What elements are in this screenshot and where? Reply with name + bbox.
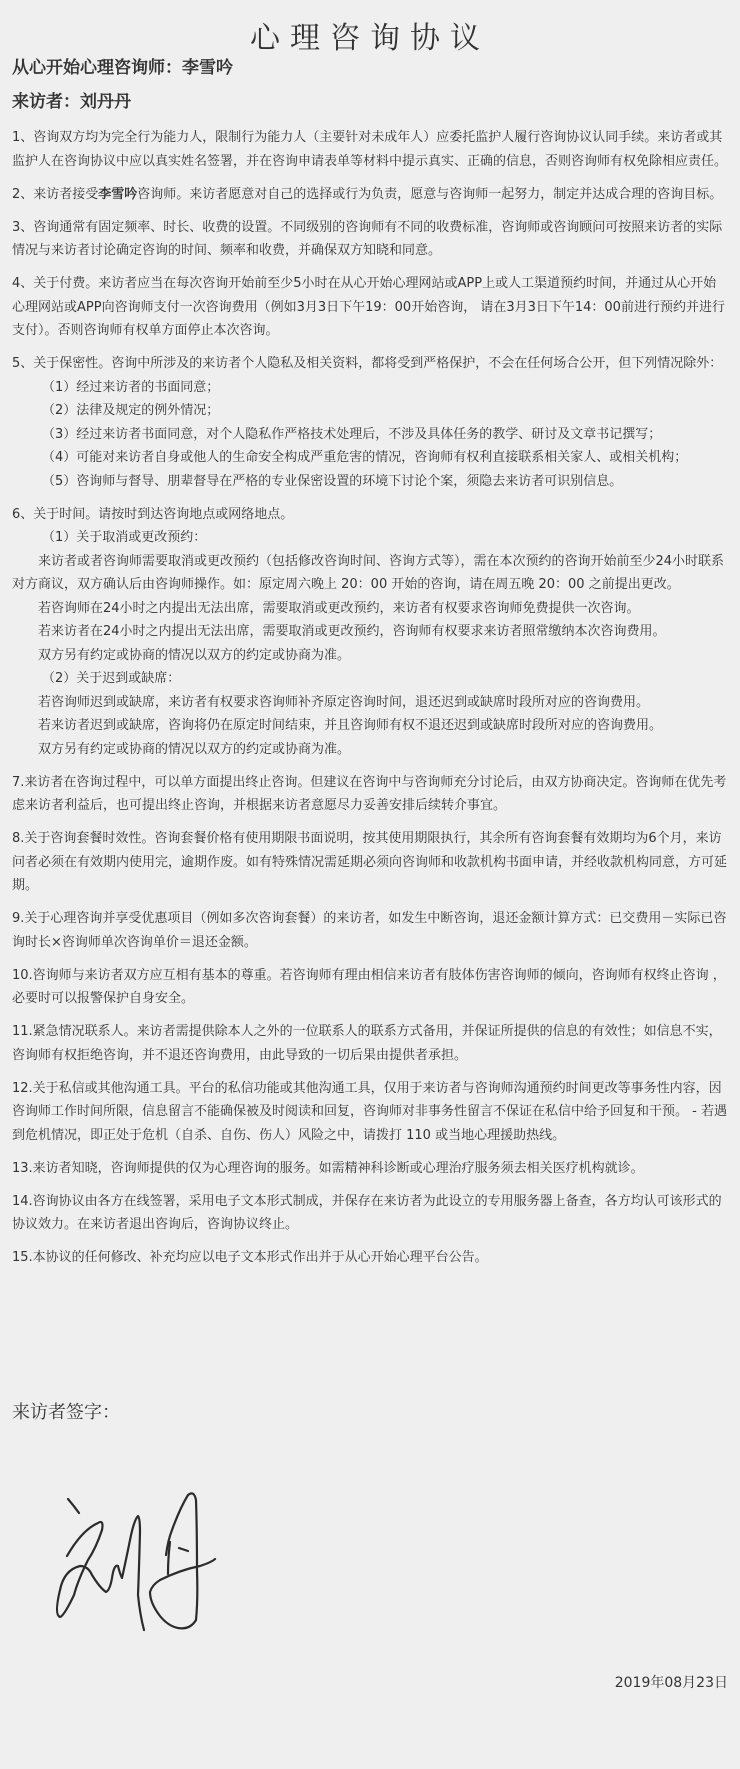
clause-5-intro: 5、关于保密性。咨询中所涉及的来访者个人隐私及相关资料，都将受到严格保护，不会在… (12, 352, 728, 376)
clause-6-sub1-body: 来访者或者咨询师需要取消或更改预约（包括修改咨询时间、咨询方式等），需在本次预约… (12, 550, 728, 597)
clause-6-sub1-line: 若来访者在24小时之内提出无法出席，需要取消或更改预约，咨询师有权要求来访者照常… (12, 620, 728, 644)
clause-5-item: （3）经过来访者书面同意，对个人隐私作严格技术处理后，不涉及具体任务的教学、研讨… (12, 423, 728, 447)
clause-5-item: （2）法律及规定的例外情况； (12, 399, 728, 423)
clause-11-text: 11.紧急情况联系人。来访者需提供除本人之外的一位联系人的联系方式备用，并保证所… (12, 1020, 728, 1067)
clause-6: 6、关于时间。请按时到达咨询地点或网络地点。 （1）关于取消或更改预约： 来访者… (12, 503, 728, 762)
document-title: 心理咨询协议 (0, 20, 740, 58)
clause-14-text: 14.咨询协议由各方在线签署，采用电子文本形式制成，并保存在来访者为此设立的专用… (12, 1190, 728, 1237)
clause-2-text: 2、来访者接受李雪吟咨询师。来访者愿意对自己的选择或行为负责，愿意与咨询师一起努… (12, 183, 728, 207)
clause-6-sub2-line: 若咨询师迟到或缺席，来访者有权要求咨询师补齐原定咨询时间，退还迟到或缺席时段所对… (12, 691, 728, 715)
clause-12: 12.关于私信或其他沟通工具。平台的私信功能或其他沟通工具，仅用于来访者与咨询师… (12, 1077, 728, 1148)
clause-7-text: 7.来访者在咨询过程中，可以单方面提出终止咨询。但建议在咨询中与咨询师充分讨论后… (12, 771, 728, 818)
clause-14: 14.咨询协议由各方在线签署，采用电子文本形式制成，并保存在来访者为此设立的专用… (12, 1190, 728, 1237)
clause-6-sub2-line: 若来访者迟到或缺席，咨询将仍在原定时间结束，并且咨询师有权不退还迟到或缺席时段所… (12, 714, 728, 738)
clause-4: 4、关于付费。来访者应当在每次咨询开始前至少5小时在从心开始心理网站或APP上或… (12, 272, 728, 343)
clause-15: 15.本协议的任何修改、补充均应以电子文本形式作出并于从心开始心理平台公告。 (12, 1246, 728, 1270)
agreement-page: 心理咨询协议 从心开始心理咨询师：李雪吟 来访者：刘丹丹 1、咨询双方均为完全行… (0, 0, 740, 1769)
clause-3-text: 3、咨询通常有固定频率、时长、收费的设置。不同级别的咨询师有不同的收费标准，咨询… (12, 216, 728, 263)
clause-1: 1、咨询双方均为完全行为能力人，限制行为能力人（主要针对未成年人）应委托监护人履… (12, 126, 728, 173)
clause-13: 13.来访者知晓，咨询师提供的仅为心理咨询的服务。如需精神科诊断或心理治疗服务须… (12, 1157, 728, 1181)
counselor-name-inline: 李雪吟 (98, 187, 137, 202)
clause-5-item: （4）可能对来访者自身或他人的生命安全构成严重危害的情况，咨询师有权利直接联系相… (12, 446, 728, 470)
clause-12-text: 12.关于私信或其他沟通工具。平台的私信功能或其他沟通工具，仅用于来访者与咨询师… (12, 1077, 728, 1148)
clause-6-sub1-line: 双方另有约定或协商的情况以双方的约定或协商为准。 (12, 644, 728, 668)
clause-10-text: 10.咨询师与来访者双方应互相有基本的尊重。若咨询师有理由相信来访者有肢体伤害咨… (12, 964, 728, 1011)
clause-2-suffix: 咨询师。来访者愿意对自己的选择或行为负责，愿意与咨询师一起努力，制定并达成合理的… (137, 187, 722, 202)
clause-6-intro: 6、关于时间。请按时到达咨询地点或网络地点。 (12, 503, 728, 527)
clause-1-text: 1、咨询双方均为完全行为能力人，限制行为能力人（主要针对未成年人）应委托监护人履… (12, 126, 728, 173)
clause-7: 7.来访者在咨询过程中，可以单方面提出终止咨询。但建议在咨询中与咨询师充分讨论后… (12, 771, 728, 818)
clause-10: 10.咨询师与来访者双方应互相有基本的尊重。若咨询师有理由相信来访者有肢体伤害咨… (12, 964, 728, 1011)
clause-3: 3、咨询通常有固定频率、时长、收费的设置。不同级别的咨询师有不同的收费标准，咨询… (12, 216, 728, 263)
clause-5: 5、关于保密性。咨询中所涉及的来访者个人隐私及相关资料，都将受到严格保护，不会在… (12, 352, 728, 493)
clause-8-text: 8.关于咨询套餐时效性。咨询套餐价格有使用期限书面说明，按其使用期限执行，其余所… (12, 827, 728, 898)
clause-6-sub2-title: （2）关于迟到或缺席： (12, 667, 728, 691)
clause-6-sub2-line: 双方另有约定或协商的情况以双方的约定或协商为准。 (12, 738, 728, 762)
clause-9-text: 9.关于心理咨询并享受优惠项目（例如多次咨询套餐）的来访者，如发生中断咨询，退还… (12, 907, 728, 954)
clause-8: 8.关于咨询套餐时效性。咨询套餐价格有使用期限书面说明，按其使用期限执行，其余所… (12, 827, 728, 898)
clause-5-item: （1）经过来访者的书面同意； (12, 376, 728, 400)
counselor-line: 从心开始心理咨询师：李雪吟 (12, 57, 233, 79)
clause-2: 2、来访者接受李雪吟咨询师。来访者愿意对自己的选择或行为负责，愿意与咨询师一起努… (12, 183, 728, 207)
handwritten-signature (0, 1420, 740, 1680)
clause-9: 9.关于心理咨询并享受优惠项目（例如多次咨询套餐）的来访者，如发生中断咨询，退还… (12, 907, 728, 954)
visitor-line: 来访者：刘丹丹 (12, 91, 131, 113)
agreement-body: 1、咨询双方均为完全行为能力人，限制行为能力人（主要针对未成年人）应委托监护人履… (12, 126, 728, 1279)
clause-2-prefix: 2、来访者接受 (12, 187, 98, 202)
clause-6-sub1-line: 若咨询师在24小时之内提出无法出席，需要取消或更改预约，来访者有权要求咨询师免费… (12, 597, 728, 621)
clause-15-text: 15.本协议的任何修改、补充均应以电子文本形式作出并于从心开始心理平台公告。 (12, 1246, 728, 1270)
clause-13-text: 13.来访者知晓，咨询师提供的仅为心理咨询的服务。如需精神科诊断或心理治疗服务须… (12, 1157, 728, 1181)
clause-4-text: 4、关于付费。来访者应当在每次咨询开始前至少5小时在从心开始心理网站或APP上或… (12, 272, 728, 343)
signature-date: 2019年08月23日 (615, 1674, 728, 1692)
clause-11: 11.紧急情况联系人。来访者需提供除本人之外的一位联系人的联系方式备用，并保证所… (12, 1020, 728, 1067)
clause-5-item: （5）咨询师与督导、朋辈督导在严格的专业保密设置的环境下讨论个案，须隐去来访者可… (12, 470, 728, 494)
clause-6-sub1-title: （1）关于取消或更改预约： (12, 526, 728, 550)
